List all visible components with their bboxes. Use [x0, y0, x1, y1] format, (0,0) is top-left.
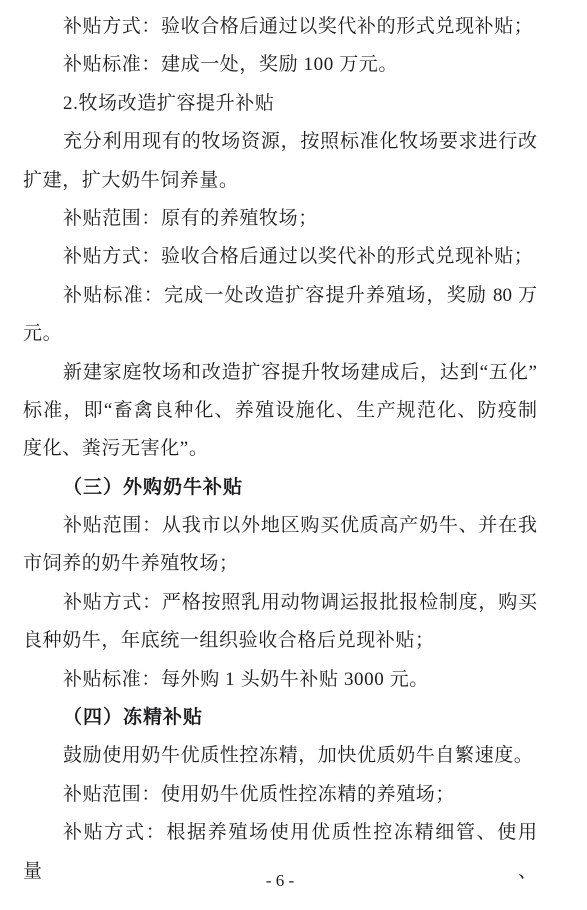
- paragraph: 补贴方式：验收合格后通过以奖代补的形式兑现补贴；: [23, 238, 537, 276]
- paragraph: 补贴方式：验收合格后通过以奖代补的形式兑现补贴；: [23, 8, 537, 46]
- paragraph: 补贴方式：根据养殖场使用优质性控冻精细管、使用量、: [23, 814, 537, 852]
- paragraph: 鼓励使用奶牛优质性控冻精，加快优质奶牛自繁速度。: [23, 737, 537, 775]
- text-line: 良种奶牛，年底统一组织验收合格后兑现补贴；: [23, 622, 537, 660]
- document-body: 补贴方式：验收合格后通过以奖代补的形式兑现补贴；补贴标准：建成一处，奖励 100…: [23, 8, 537, 853]
- text-line: 度化、粪污无害化”。: [23, 430, 537, 468]
- text-line: 补贴范围：使用奶牛优质性控冻精的养殖场；: [23, 776, 537, 814]
- paragraph: 新建家庭牧场和改造扩容提升牧场建成后，达到“五化”标准，即“畜禽良种化、养殖设施…: [23, 354, 537, 469]
- paragraph: 补贴标准：建成一处，奖励 100 万元。: [23, 46, 537, 84]
- paragraph: 补贴方式：严格按照乳用动物调运报批报检制度，购买良种奶牛，年底统一组织验收合格后…: [23, 584, 537, 661]
- document-page: 补贴方式：验收合格后通过以奖代补的形式兑现补贴；补贴标准：建成一处，奖励 100…: [0, 0, 587, 910]
- text-line: （三）外购奶牛补贴: [23, 469, 537, 507]
- text-line: （四）冻精补贴: [23, 699, 537, 737]
- text-line: 市饲养的奶牛养殖牧场；: [23, 545, 537, 583]
- paragraph: 补贴标准：每外购 1 头奶牛补贴 3000 元。: [23, 661, 537, 699]
- text-line: 补贴标准：完成一处改造扩容提升养殖场，奖励 80 万: [23, 277, 537, 315]
- text-line: 标准，即“畜禽良种化、养殖设施化、生产规范化、防疫制: [23, 392, 537, 430]
- text-line: 元。: [23, 315, 537, 353]
- text-line: 充分利用现有的牧场资源，按照标准化牧场要求进行改: [23, 123, 537, 161]
- text-line: 补贴标准：每外购 1 头奶牛补贴 3000 元。: [23, 661, 537, 699]
- text-line: 补贴方式：严格按照乳用动物调运报批报检制度，购买: [23, 584, 537, 622]
- text-line: 补贴范围：从我市以外地区购买优质高产奶牛、并在我: [23, 507, 537, 545]
- page-number: - 6 -: [23, 869, 537, 893]
- text-line: 2.牧场改造扩容提升补贴: [23, 85, 537, 123]
- text-line: 鼓励使用奶牛优质性控冻精，加快优质奶牛自繁速度。: [23, 737, 537, 775]
- text-line: 补贴标准：建成一处，奖励 100 万元。: [23, 46, 537, 84]
- text-line: 扩建，扩大奶牛饲养量。: [23, 162, 537, 200]
- text-line: 新建家庭牧场和改造扩容提升牧场建成后，达到“五化”: [23, 354, 537, 392]
- section-heading: （三）外购奶牛补贴: [23, 469, 537, 507]
- text-line: 补贴方式：根据养殖场使用优质性控冻精细管、使用量、: [23, 814, 537, 852]
- paragraph: 补贴范围：使用奶牛优质性控冻精的养殖场；: [23, 776, 537, 814]
- text-line: 补贴范围：原有的养殖牧场；: [23, 200, 537, 238]
- section-heading: （四）冻精补贴: [23, 699, 537, 737]
- text-line: 补贴方式：验收合格后通过以奖代补的形式兑现补贴；: [23, 238, 537, 276]
- paragraph: 2.牧场改造扩容提升补贴: [23, 85, 537, 123]
- paragraph: 补贴标准：完成一处改造扩容提升养殖场，奖励 80 万元。: [23, 277, 537, 354]
- paragraph: 充分利用现有的牧场资源，按照标准化牧场要求进行改扩建，扩大奶牛饲养量。: [23, 123, 537, 200]
- paragraph: 补贴范围：从我市以外地区购买优质高产奶牛、并在我市饲养的奶牛养殖牧场；: [23, 507, 537, 584]
- paragraph: 补贴范围：原有的养殖牧场；: [23, 200, 537, 238]
- text-line: 补贴方式：验收合格后通过以奖代补的形式兑现补贴；: [23, 8, 537, 46]
